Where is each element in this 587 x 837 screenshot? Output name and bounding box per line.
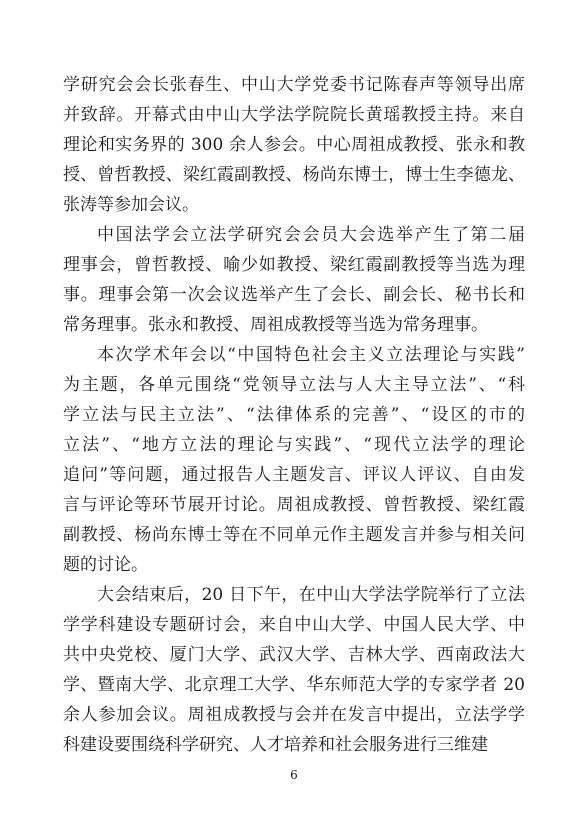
text-line: 为主题，各单元围绕“党领导立法与人大主导立法”、“科 [63, 370, 525, 400]
text-line: 大会结束后，20 日下午，在中山大学法学院举行了立法 [63, 580, 525, 610]
text-line: 学、暨南大学、北京理工大学、华东师范大学的专家学者 20 [63, 670, 525, 700]
page-footer: 6 [63, 764, 525, 784]
text-line: 学立法与民主立法”、“法律体系的完善”、“设区的市的 [63, 400, 525, 430]
paragraph: 中国法学会立法学研究会会员大会选举产生了第二届理事会，曾哲教授、喻少如教授、梁红… [63, 220, 525, 340]
text-line: 共中央党校、厦门大学、武汉大学、吉林大学、西南政法大 [63, 640, 525, 670]
text-line: 授、曾哲教授、梁红霞副教授、杨尚东博士，博士生李德龙、 [63, 160, 525, 190]
text-line: 立法”、“地方立法的理论与实践”、“现代立法学的理论 [63, 430, 525, 460]
text-line: 常务理事。张永和教授、周祖成教授等当选为常务理事。 [63, 310, 525, 340]
text-line: 余人参加会议。周祖成教授与会并在发言中提出，立法学学 [63, 700, 525, 730]
paragraph: 本次学术年会以“中国特色社会主义立法理论与实践”为主题，各单元围绕“党领导立法与… [63, 340, 525, 580]
text-line: 理论和实务界的 300 余人参会。中心周祖成教授、张永和教 [63, 130, 525, 160]
text-line: 理事会，曾哲教授、喻少如教授、梁红霞副教授等当选为理 [63, 250, 525, 280]
text-line: 学学科建设专题研讨会，来自中山大学、中国人民大学、中 [63, 610, 525, 640]
text-line: 追问”等问题，通过报告人主题发言、评议人评议、自由发 [63, 460, 525, 490]
paragraph: 大会结束后，20 日下午，在中山大学法学院举行了立法学学科建设专题研讨会，来自中… [63, 580, 525, 760]
page-number: 6 [290, 766, 298, 784]
text-line: 题的讨论。 [63, 550, 525, 580]
text-line: 本次学术年会以“中国特色社会主义立法理论与实践” [63, 340, 525, 370]
text-line: 副教授、杨尚东博士等在不同单元作主题发言并参与相关问 [63, 520, 525, 550]
text-line: 科建设要围绕科学研究、人才培养和社会服务进行三维建 [63, 730, 525, 760]
text-body: 学研究会会长张春生、中山大学党委书记陈春声等领导出席并致辞。开幕式由中山大学法学… [63, 70, 525, 760]
document-page: 学研究会会长张春生、中山大学党委书记陈春声等领导出席并致辞。开幕式由中山大学法学… [0, 0, 587, 837]
text-line: 事。理事会第一次会议选举产生了会长、副会长、秘书长和 [63, 280, 525, 310]
text-line: 言与评论等环节展开讨论。周祖成教授、曾哲教授、梁红霞 [63, 490, 525, 520]
text-line: 中国法学会立法学研究会会员大会选举产生了第二届 [63, 220, 525, 250]
paragraph: 学研究会会长张春生、中山大学党委书记陈春声等领导出席并致辞。开幕式由中山大学法学… [63, 70, 525, 220]
text-line: 并致辞。开幕式由中山大学法学院院长黄瑶教授主持。来自 [63, 100, 525, 130]
text-line: 张涛等参加会议。 [63, 190, 525, 220]
text-line: 学研究会会长张春生、中山大学党委书记陈春声等领导出席 [63, 70, 525, 100]
